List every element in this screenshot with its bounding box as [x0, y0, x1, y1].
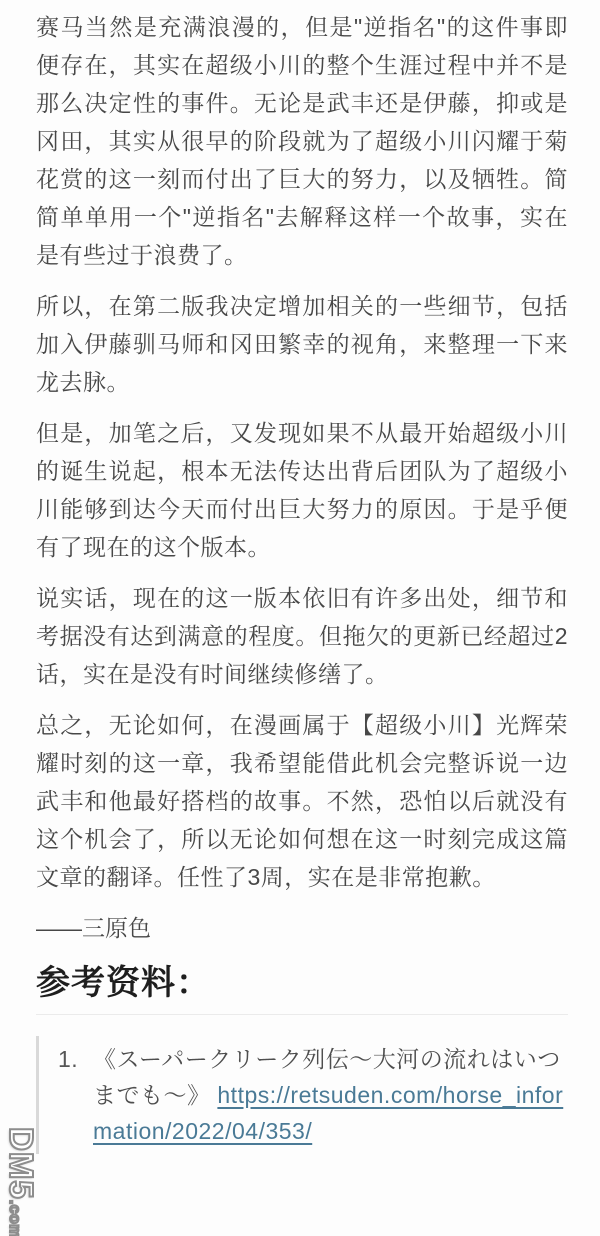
paragraph-2: 所以，在第二版我决定增加相关的一些细节，包括加入伊藤驯马师和冈田繁幸的视角，来整…: [36, 287, 568, 401]
article-page: 赛马当然是充满浪漫的，但是"逆指名"的这件事即便存在，其实在超级小川的整个生涯过…: [0, 0, 600, 1236]
paragraph-5: 总之，无论如何，在漫画属于【超级小川】光辉荣耀时刻的这一章，我希望能借此机会完整…: [36, 706, 568, 896]
paragraph-3: 但是，加笔之后，又发现如果不从最开始超级小川的诞生说起，根本无法传达出背后团队为…: [36, 414, 568, 566]
reference-index: 1.: [58, 1041, 78, 1077]
references-list: 1. 《スーパークリーク列伝～大河の流れはいつまでも～》 https://ret…: [36, 1036, 568, 1154]
paragraph-1: 赛马当然是充满浪漫的，但是"逆指名"的这件事即便存在，其实在超级小川的整个生涯过…: [36, 8, 568, 274]
dm5-watermark: DM5.com: [5, 1127, 38, 1236]
author-signature: ——三原色: [36, 909, 568, 947]
reference-item: 1. 《スーパークリーク列伝～大河の流れはいつまでも～》 https://ret…: [39, 1041, 568, 1149]
paragraph-4: 说实话，现在的这一版本依旧有许多出处，细节和考据没有达到满意的程度。但拖欠的更新…: [36, 579, 568, 693]
dm5-logo-suffix: .com: [6, 1200, 23, 1236]
dm5-logo-text: DM5: [3, 1127, 40, 1200]
references-heading: 参考资料：: [36, 963, 568, 1015]
article-body: 赛马当然是充满浪漫的，但是"逆指名"的这件事即便存在，其实在超级小川的整个生涯过…: [0, 0, 600, 1154]
